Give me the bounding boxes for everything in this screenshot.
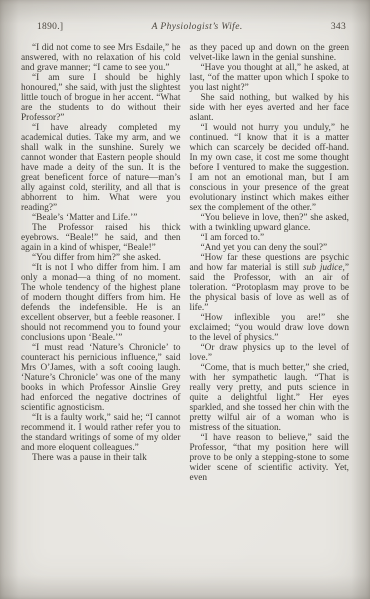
text-segment: “How inflexible you are!” she exclaimed;… xyxy=(190,313,350,343)
page-title: A Physiologist’s Wife. xyxy=(152,22,243,32)
paragraph: “I did not come to see Mrs Esdaile,” he … xyxy=(21,43,181,73)
text-segment: “I have reason to believe,” said the Pro… xyxy=(190,433,350,483)
book-page: 1890.] A Physiologist’s Wife. 343 “I did… xyxy=(0,0,370,599)
paragraph: She said nothing, but walked by his side… xyxy=(190,93,350,123)
paragraph: “Have you thought at all,” he asked, at … xyxy=(190,63,350,93)
paragraph: “I would not hurry you unduly,” he conti… xyxy=(190,123,350,213)
text-segment: “You differ from him?” she asked. xyxy=(32,253,161,263)
paragraph: “You differ from him?” she asked. xyxy=(21,253,181,263)
paragraph: “Or draw physics up to the level of love… xyxy=(190,343,350,363)
text-columns: “I did not come to see Mrs Esdaile,” he … xyxy=(21,43,349,579)
paragraph: “I must read ‘Nature’s Chronicle’ to cou… xyxy=(21,343,181,413)
text-segment: “I must read ‘Nature’s Chronicle’ to cou… xyxy=(21,343,181,413)
text-segment: The Professor raised his thick eyebrows.… xyxy=(21,223,181,253)
text-segment: There was a pause in their talk xyxy=(32,453,147,463)
text-segment: “Or draw physics up to the level of love… xyxy=(190,343,350,363)
text-segment: “Have you thought at all,” he asked, at … xyxy=(190,63,350,93)
paragraph: The Professor raised his thick eyebrows.… xyxy=(21,223,181,253)
text-segment: “I would not hurry you unduly,” he conti… xyxy=(190,123,350,213)
text-segment: “And yet you can deny the soul?” xyxy=(201,243,328,253)
paragraph: “I have reason to believe,” said the Pro… xyxy=(190,433,350,483)
paragraph: There was a pause in their talk xyxy=(21,453,181,463)
paragraph: “I am sure I should be highly honoured,”… xyxy=(21,73,181,123)
page-header: 1890.] A Physiologist’s Wife. 343 xyxy=(22,22,348,32)
paragraph: “How inflexible you are!” she exclaimed;… xyxy=(190,313,350,343)
text-segment: “I have already completed my academical … xyxy=(21,123,181,213)
text-segment: “I did not come to see Mrs Esdaile,” he … xyxy=(21,43,181,73)
paragraph: “And yet you can deny the soul?” xyxy=(190,243,350,253)
left-column: “I did not come to see Mrs Esdaile,” he … xyxy=(21,43,181,579)
paragraph: “It is a faulty work,” said he; “I canno… xyxy=(21,413,181,453)
text-segment: “It is a faulty work,” said he; “I canno… xyxy=(21,413,181,453)
header-page-number: 343 xyxy=(331,22,348,32)
text-segment: “Come, that is much better,” she cried, … xyxy=(190,363,350,433)
text-segment: “You believe in love, then?” she asked, … xyxy=(190,213,350,233)
text-segment: She said nothing, but walked by his side… xyxy=(190,93,350,123)
italic-text: sub judice xyxy=(303,263,343,273)
text-segment: “Beale’s ‘Matter and Life.’” xyxy=(32,213,137,223)
text-segment: “I am forced to.” xyxy=(201,233,265,243)
right-column: as they paced up and down on the green v… xyxy=(190,43,350,579)
header-year: 1890.] xyxy=(22,22,63,32)
paragraph: “How far these questions are psychic and… xyxy=(190,253,350,313)
paragraph: “I am forced to.” xyxy=(190,233,350,243)
paragraph: as they paced up and down on the green v… xyxy=(190,43,350,63)
paragraph: “I have already completed my academical … xyxy=(21,123,181,213)
text-segment: “I am sure I should be highly honoured,”… xyxy=(21,73,181,123)
paragraph: “You believe in love, then?” she asked, … xyxy=(190,213,350,233)
paragraph: “Come, that is much better,” she cried, … xyxy=(190,363,350,433)
paragraph: “Beale’s ‘Matter and Life.’” xyxy=(21,213,181,223)
paragraph: “It is not I who differ from him. I am o… xyxy=(21,263,181,343)
text-segment: “It is not I who differ from him. I am o… xyxy=(21,263,181,343)
text-segment: as they paced up and down on the green v… xyxy=(190,43,350,63)
